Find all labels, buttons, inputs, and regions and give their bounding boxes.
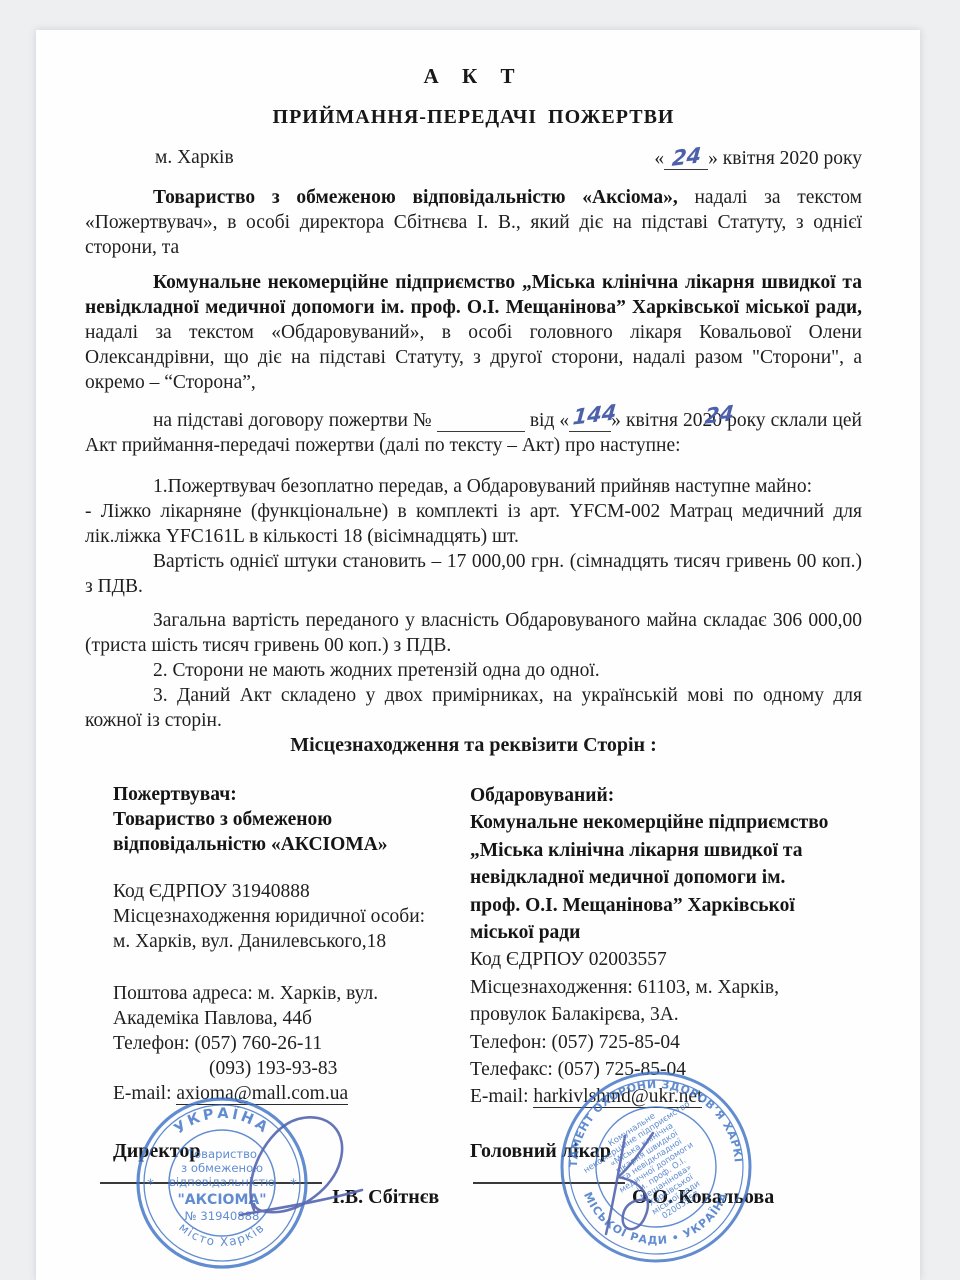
recipient-address-1: Місцезнаходження: 61103, м. Харків, bbox=[470, 974, 870, 1001]
item-1-description: - Ліжко лікарняне (функціональне) в комп… bbox=[85, 499, 862, 549]
date-tail: квітня 2020 року bbox=[718, 148, 862, 169]
city-label: м. Харків bbox=[155, 147, 234, 168]
paragraph-basis: на підставі договору пожертви № 144 від … bbox=[85, 408, 862, 458]
donor-phone-1: Телефон: (057) 760-26-11 bbox=[113, 1031, 463, 1056]
section-heading: Місцезнаходження та реквізити Сторін : bbox=[85, 734, 862, 757]
svg-text:УКРАЇНА: УКРАЇНА bbox=[171, 1106, 272, 1138]
donor-address: м. Харків, вул. Данилевського,18 bbox=[113, 929, 463, 954]
svg-text:лікарня швидкої: лікарня швидкої bbox=[613, 1128, 680, 1176]
donor-email: axioma@mall.com.ua bbox=[176, 1083, 348, 1105]
donor-signer-name: І.В. Сбітнєв bbox=[332, 1186, 439, 1209]
recipient-role-label: Головний лікар bbox=[470, 1140, 611, 1163]
svg-text:з обмеженою: з обмеженою bbox=[181, 1161, 263, 1175]
item-1-unit-price: Вартість однієї штуки становить – 17 000… bbox=[85, 549, 862, 599]
donor-phone-2: (093) 193-93-83 bbox=[209, 1056, 463, 1081]
stamp-country-text: УКРАЇНА bbox=[171, 1106, 272, 1138]
donor-name-bold: Товариство з обмеженою відповідальністю … bbox=[153, 187, 678, 208]
donor-label: Пожертвувач: bbox=[113, 782, 463, 807]
svg-text:"АКСІОМА": "АКСІОМА" bbox=[177, 1192, 266, 1208]
document-subtitle: ПРИЙМАННЯ-ПЕРЕДАЧІ ПОЖЕРТВИ bbox=[85, 106, 862, 129]
donor-edrpou: Код ЄДРПОУ 31940888 bbox=[113, 879, 463, 904]
donor-role-label: Директор bbox=[113, 1140, 201, 1163]
scanned-document-viewer: А К Т ПРИЙМАННЯ-ПЕРЕДАЧІ ПОЖЕРТВИ м. Хар… bbox=[0, 0, 960, 1280]
items-block: 1.Пожертвувач безоплатно передав, а Обда… bbox=[85, 474, 862, 733]
paragraph-donor: Товариство з обмеженою відповідальністю … bbox=[85, 185, 862, 260]
recipient-fax: Телефакс: (057) 725-85-04 bbox=[470, 1056, 870, 1083]
document-page: А К Т ПРИЙМАННЯ-ПЕРЕДАЧІ ПОЖЕРТВИ м. Хар… bbox=[36, 30, 920, 1280]
date-line: м. Харків «24» квітня 2020 року bbox=[85, 147, 862, 170]
stamp-star-left: * bbox=[147, 1177, 154, 1193]
donor-column: Пожертвувач: Товариство з обмеженою відп… bbox=[113, 782, 463, 1106]
handwritten-day-blank: 24 bbox=[664, 147, 708, 170]
stamp-star-right: * bbox=[290, 1177, 297, 1193]
svg-text:місто Харків: місто Харків bbox=[176, 1220, 267, 1249]
date-value: «24» квітня 2020 року bbox=[654, 147, 862, 170]
recipient-signer-name: О.О. Ковальова bbox=[632, 1186, 774, 1209]
paragraph-recipient: Комунальне некомерційне підприємство „Мі… bbox=[85, 270, 862, 395]
donor-signature-line bbox=[100, 1182, 322, 1184]
handwritten-day: 24 bbox=[671, 145, 702, 169]
recipient-name-bold: Комунальне некомерційне підприємство „Мі… bbox=[85, 272, 862, 318]
recipient-address-2: провулок Балакірєва, 3А. bbox=[470, 1001, 870, 1028]
svg-text:Комунальне: Комунальне bbox=[606, 1110, 657, 1148]
recipient-signature-line bbox=[473, 1182, 625, 1184]
donor-email-line: E-mail: axioma@mall.com.ua bbox=[113, 1081, 463, 1106]
recipient-email: harkivlshmd@ukr.net bbox=[533, 1086, 702, 1108]
item-1: 1.Пожертвувач безоплатно передав, а Обда… bbox=[85, 474, 862, 499]
document-title: А К Т bbox=[85, 64, 862, 89]
item-2: 2. Сторони не мають жодних претензій одн… bbox=[85, 658, 862, 683]
recipient-label: Обдаровуваний: bbox=[470, 782, 870, 809]
svg-text:та невідкладної: та невідкладної bbox=[619, 1136, 684, 1183]
recipient-email-line: E-mail: harkivlshmd@ukr.net bbox=[470, 1083, 870, 1110]
svg-text:«Міська клінічна: «Міська клінічна bbox=[608, 1120, 675, 1168]
item-3: 3. Даний Акт складено у двох примірниках… bbox=[85, 683, 862, 733]
recipient-column: Обдаровуваний: Комунальне некомерційне п… bbox=[470, 782, 870, 1111]
handwritten-number-blank: 144 bbox=[437, 409, 525, 432]
stamp-city-text: місто Харків bbox=[176, 1220, 267, 1249]
recipient-edrpou: Код ЄДРПОУ 02003557 bbox=[470, 946, 870, 973]
svg-text:№ 31940888: № 31940888 bbox=[185, 1209, 260, 1223]
recipient-phone: Телефон: (057) 725-85-04 bbox=[470, 1029, 870, 1056]
item-1-total: Загальна вартість переданого у власність… bbox=[85, 608, 862, 658]
stamp-inner-text: Комунальне некомерційне підприємство «Мі… bbox=[576, 1091, 735, 1243]
